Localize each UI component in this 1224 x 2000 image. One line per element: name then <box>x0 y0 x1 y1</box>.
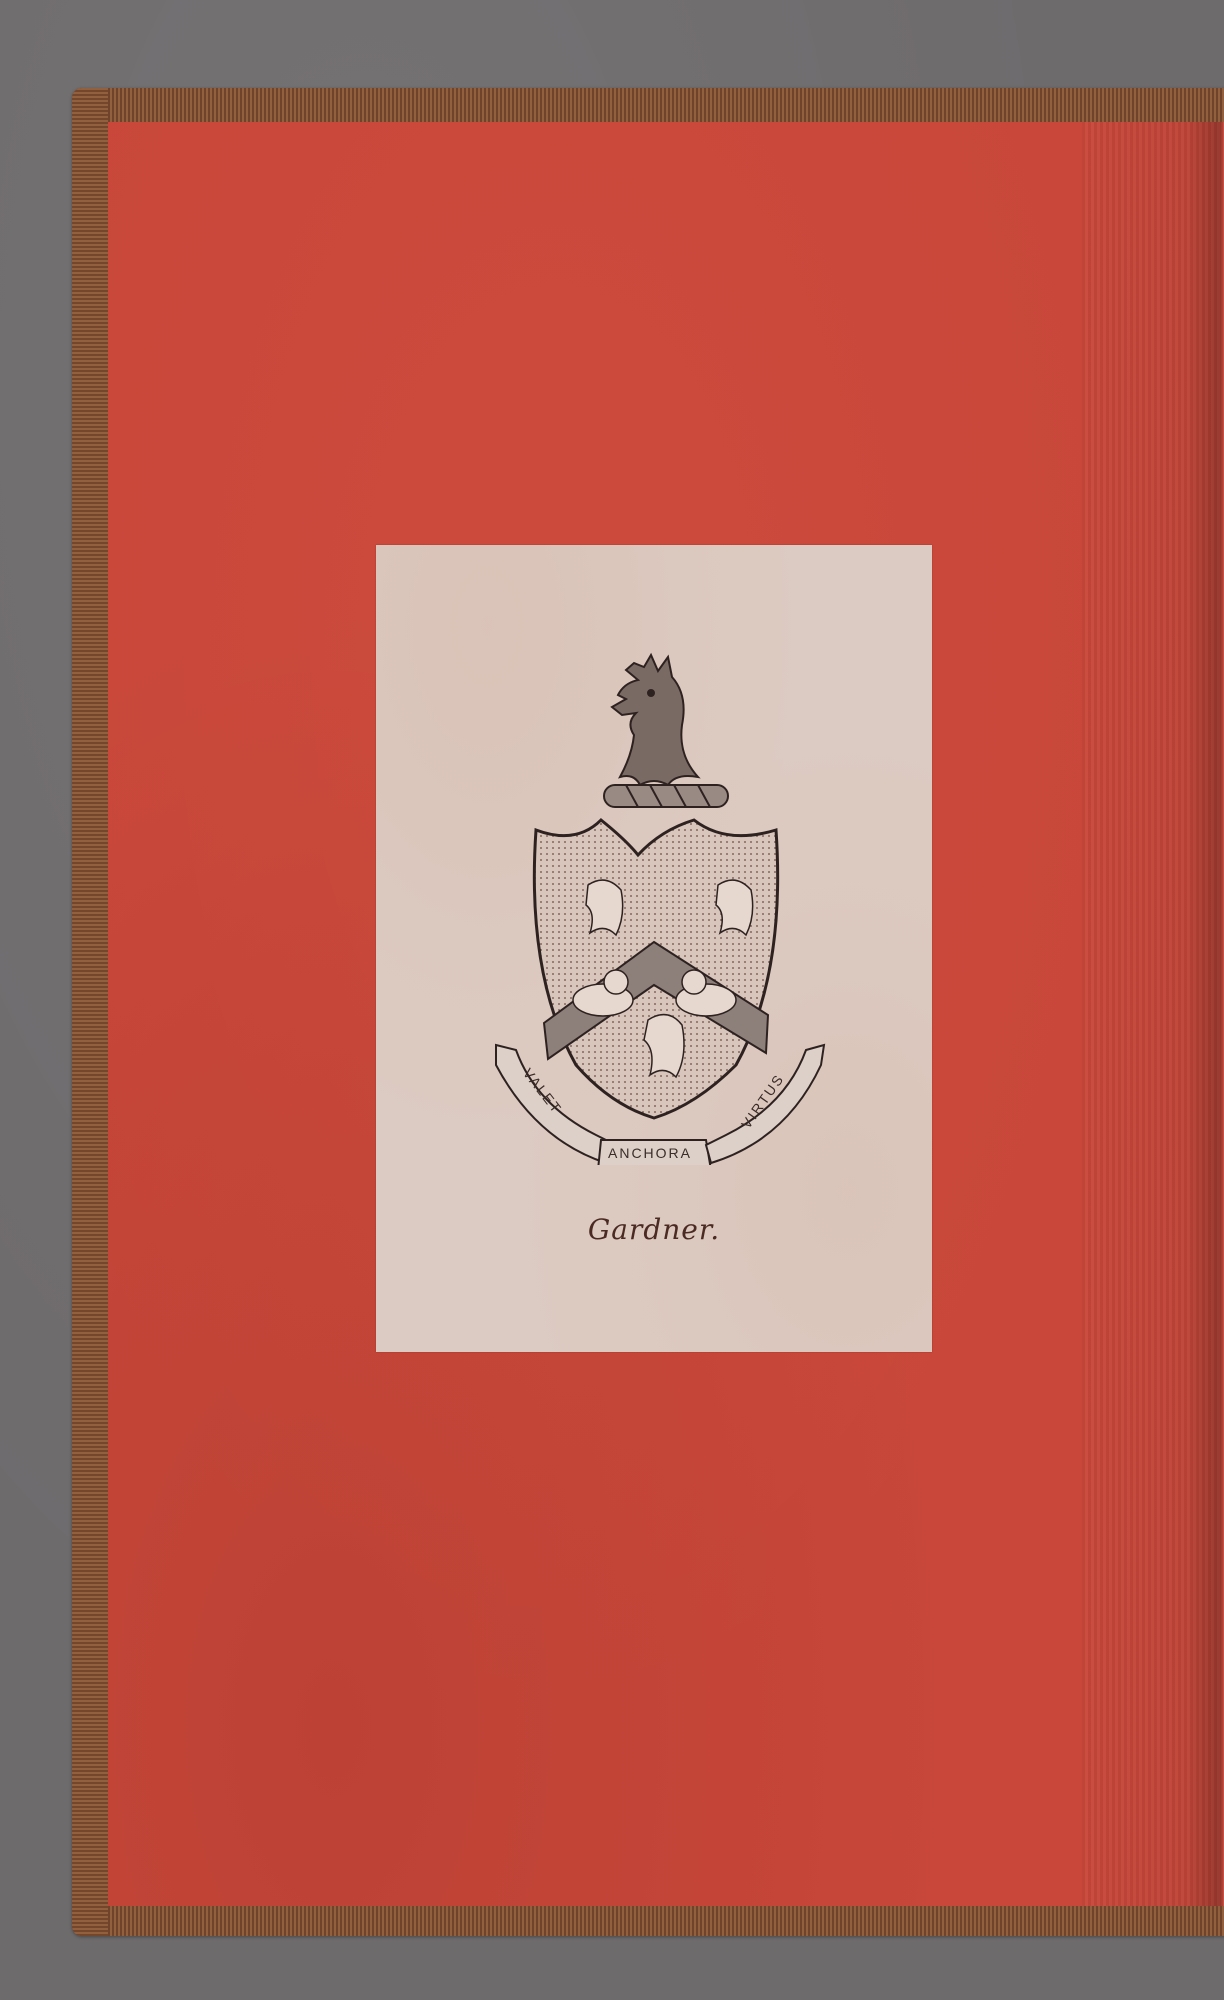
cloth-border-bottom <box>72 1906 1224 1936</box>
owner-name: Gardner. <box>376 1213 932 1246</box>
torse-icon <box>604 785 728 807</box>
motto-word-middle: ANCHORA <box>608 1145 692 1161</box>
coat-of-arms-icon <box>376 545 932 1165</box>
cloth-border-top <box>72 88 1224 122</box>
griffin-crest-icon <box>612 655 698 785</box>
cloth-border-left <box>72 88 108 1936</box>
gutter-fold <box>1082 122 1224 1906</box>
shield-icon <box>534 820 777 1118</box>
bookplate: VALET ANCHORA VIRTUS Gardner. <box>376 545 932 1352</box>
